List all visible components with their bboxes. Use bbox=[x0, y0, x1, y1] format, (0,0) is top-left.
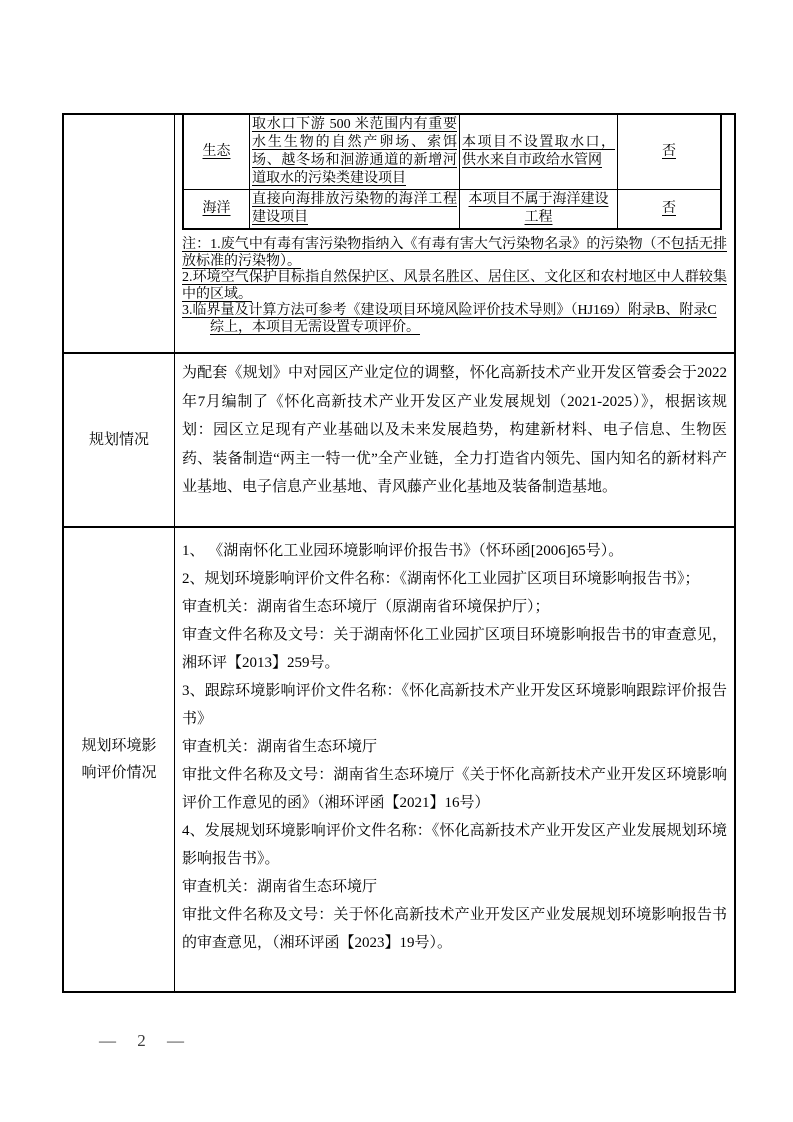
result-value-marine: 否 bbox=[618, 190, 720, 228]
note-line-1: 注：1.废气中有毒有害污染物指纳入《有毒有害大气污染物名录》的污染物（不包括无排… bbox=[182, 237, 727, 270]
eia-paragraph-9: 审查机关：湖南省生态环境厅 bbox=[182, 873, 727, 901]
conclusion-text-marine: 本项目不属于海洋建设工程 bbox=[462, 191, 615, 227]
table-row-planning-eia: 规划环境影响评价情况 1、 《湖南怀化工业园环境影响评价报告书》（怀环函[200… bbox=[64, 526, 734, 991]
screening-content-cell: 生态 取水口下游 500 米范围内有重要水生生物的自然产卵场、索饵场、越冬场和洄… bbox=[175, 115, 734, 352]
eia-paragraph-7: 审批文件名称及文号：湖南省生态环境厅《关于怀化高新技术产业开发区环境影响评价工作… bbox=[182, 761, 727, 817]
result-value-ecology: 否 bbox=[618, 115, 720, 189]
screening-notes: 注：1.废气中有毒有害污染物指纳入《有毒有害大气污染物名录》的污染物（不包括无排… bbox=[175, 230, 734, 336]
document-page: 生态 取水口下游 500 米范围内有重要水生生物的自然产卵场、索饵场、越冬场和洄… bbox=[0, 0, 793, 1122]
category-label-marine: 海洋 bbox=[184, 190, 250, 228]
screening-criteria-table: 生态 取水口下游 500 米范围内有重要水生生物的自然产卵场、索饵场、越冬场和洄… bbox=[182, 115, 722, 230]
table-row-ecology: 生态 取水口下游 500 米范围内有重要水生生物的自然产卵场、索饵场、越冬场和洄… bbox=[184, 115, 720, 189]
conclusion-text-ecology: 本项目不设置取水口，供水来自市政给水管网 bbox=[462, 134, 615, 170]
conclusion-cell-ecology: 本项目不设置取水口，供水来自市政给水管网 bbox=[460, 115, 618, 189]
eia-screening-table: 生态 取水口下游 500 米范围内有重要水生生物的自然产卵场、索饵场、越冬场和洄… bbox=[62, 113, 736, 993]
eia-paragraph-8: 4、发展规划环境影响评价文件名称：《怀化高新技术产业开发区产业发展规划环境影响报… bbox=[182, 817, 727, 873]
conclusion-cell-marine: 本项目不属于海洋建设工程 bbox=[460, 190, 618, 228]
planning-eia-text: 1、 《湖南怀化工业园环境影响评价报告书》（怀环函[2006]65号）。 2、规… bbox=[182, 528, 727, 957]
criteria-text-ecology: 取水口下游 500 米范围内有重要水生生物的自然产卵场、索饵场、越冬场和洄游通道… bbox=[250, 115, 460, 189]
page-number: — 2 — bbox=[99, 1031, 185, 1051]
row-label-cell-empty bbox=[64, 115, 175, 352]
eia-paragraph-1: 1、 《湖南怀化工业园环境影响评价报告书》（怀环函[2006]65号）。 bbox=[182, 537, 727, 565]
note-conclusion-line: 综上，本项目无需设置专项评价。 bbox=[182, 320, 727, 337]
eia-paragraph-3: 审查机关：湖南省生态环境厅（原湖南省环境保护厅）； bbox=[182, 593, 727, 621]
category-label-ecology: 生态 bbox=[184, 115, 250, 189]
eia-paragraph-6: 审查机关：湖南省生态环境厅 bbox=[182, 733, 727, 761]
row-label-planning-eia: 规划环境影响评价情况 bbox=[64, 528, 175, 991]
row-label-planning-status: 规划情况 bbox=[64, 354, 175, 526]
planning-status-text: 为配套《规划》中对园区产业定位的调整，怀化高新技术产业开发区管委会于2022年7… bbox=[182, 354, 727, 502]
table-row-screening-continuation: 生态 取水口下游 500 米范围内有重要水生生物的自然产卵场、索饵场、越冬场和洄… bbox=[64, 115, 734, 352]
table-row-planning-status: 规划情况 为配套《规划》中对园区产业定位的调整，怀化高新技术产业开发区管委会于2… bbox=[64, 352, 734, 526]
eia-paragraph-2: 2、规划环境影响评价文件名称：《湖南怀化工业园扩区项目环境影响报告书》； bbox=[182, 565, 727, 593]
eia-paragraph-10: 审批文件名称及文号：关于怀化高新技术产业开发区产业发展规划环境影响报告书的审查意… bbox=[182, 901, 727, 957]
note-line-2: 2.环境空气保护目标指自然保护区、风景名胜区、居住区、文化区和农村地区中人群较集… bbox=[182, 270, 727, 303]
eia-paragraph-5: 3、跟踪环境影响评价文件名称：《怀化高新技术产业开发区环境影响跟踪评价报告书》 bbox=[182, 677, 727, 733]
table-row-marine: 海洋 直接向海排放污染物的海洋工程建设项目 本项目不属于海洋建设工程 否 bbox=[184, 189, 720, 228]
planning-status-content-cell: 为配套《规划》中对园区产业定位的调整，怀化高新技术产业开发区管委会于2022年7… bbox=[175, 354, 734, 526]
planning-eia-content-cell: 1、 《湖南怀化工业园环境影响评价报告书》（怀环函[2006]65号）。 2、规… bbox=[175, 528, 734, 991]
note-line-3: 3.临界量及计算方法可参考《建设项目环境风险评价技术导则》（HJ169）附录B、… bbox=[182, 303, 727, 320]
eia-paragraph-4: 审查文件名称及文号：关于湖南怀化工业园扩区项目环境影响报告书的审查意见，湘环评【… bbox=[182, 621, 727, 677]
criteria-text-marine: 直接向海排放污染物的海洋工程建设项目 bbox=[250, 190, 460, 228]
